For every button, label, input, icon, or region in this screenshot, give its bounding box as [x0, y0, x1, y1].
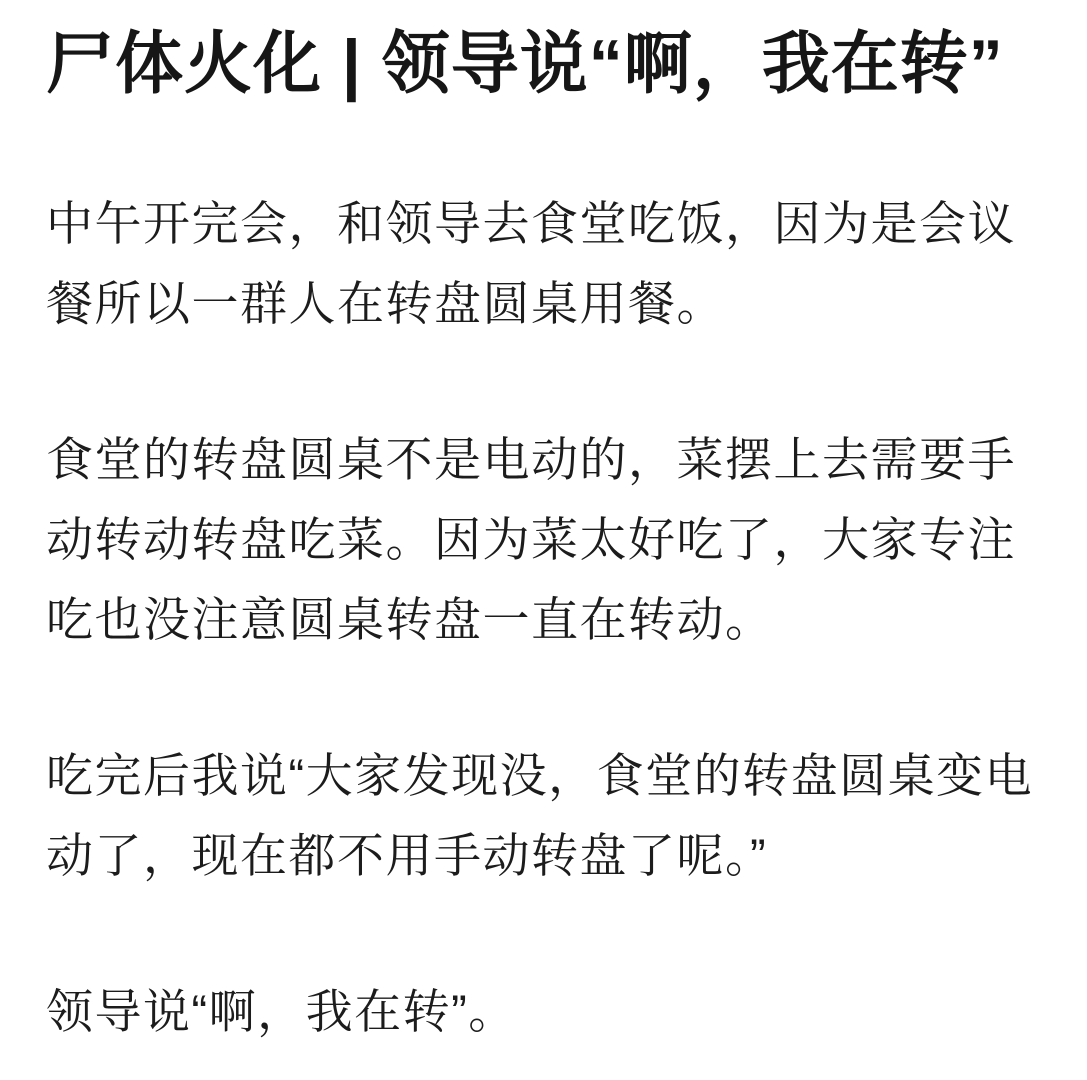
article: 尸体火化 | 领导说“啊，我在转” 中午开完会，和领导去食堂吃饭，因为是会议 餐…: [0, 0, 1087, 1080]
paragraph-3: 吃完后我说“大家发现没，食堂的转盘圆桌变电 动了，现在都不用手动转盘了呢。”: [46, 736, 1041, 896]
post-title: 尸体火化 | 领导说“啊，我在转”: [46, 22, 1041, 106]
paragraph-4: 领导说“啊，我在转”。: [46, 972, 1041, 1052]
paragraph-1: 中午开完会，和领导去食堂吃饭，因为是会议 餐所以一群人在转盘圆桌用餐。: [46, 184, 1041, 344]
paragraph-2: 食堂的转盘圆桌不是电动的，菜摆上去需要手 动转动转盘吃菜。因为菜太好吃了，大家专…: [46, 420, 1041, 660]
